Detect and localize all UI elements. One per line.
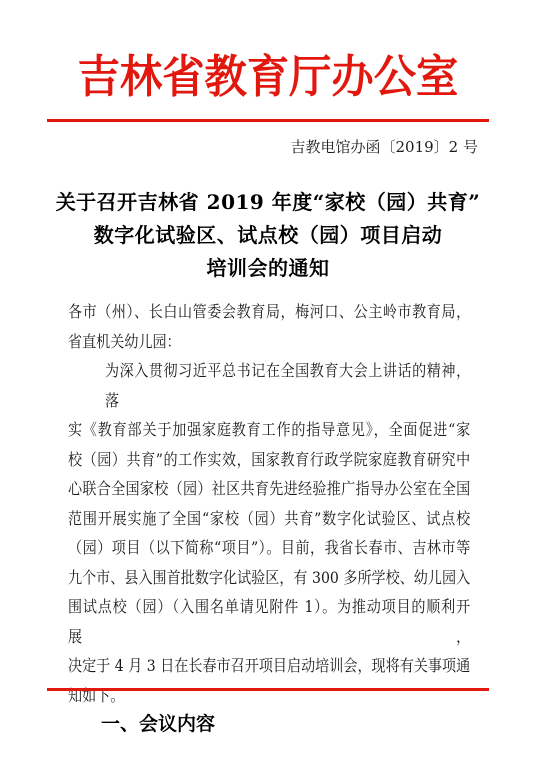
document-title: 关于召开吉林省 2019 年度“家校（园）共育” 数字化试验区、试点校（园）项目… [0, 186, 536, 285]
body-text-line: 省直机关幼儿园： [68, 327, 470, 357]
footer-separator-line [47, 688, 489, 691]
body-text-line: 围试点校（园）（入围名单请见附件 1）。为推动项目的顺利开展， [68, 592, 470, 651]
section-heading-meeting-content: 一、会议内容 [68, 710, 525, 740]
body-text-line: 各市（州）、长白山管委会教育局，梅河口、公主岭市教育局， [68, 297, 470, 327]
body-text-line: 范围开展实施了全国“家校（园）共育”数字化试验区、试点校 [68, 504, 470, 534]
body-text-line: 知如下。 [68, 681, 470, 711]
document-page: 吉林省教育厅办公室 吉教电馆办函〔2019〕2 号 关于召开吉林省 2019 年… [0, 0, 536, 758]
document-title-line-2: 数字化试验区、试点校（园）项目启动 [0, 219, 536, 252]
header-separator-line [47, 119, 489, 122]
body-text-line: （园）项目（以下简称“项目”）。目前，我省长春市、吉林市等 [68, 533, 470, 563]
document-body: 各市（州）、长白山管委会教育局，梅河口、公主岭市教育局， 省直机关幼儿园： 为深… [68, 297, 470, 740]
body-text-line: 校（园）共育”的工作实效，国家教育行政学院家庭教育研究中 [68, 445, 470, 475]
body-text-line: 心联合全国家校（园）社区共育先进经验推广指导办公室在全国 [68, 474, 470, 504]
body-text-line: 决定于 4 月 3 日在长春市召开项目启动培训会，现将有关事项通 [68, 651, 470, 681]
document-issuer-header: 吉林省教育厅办公室 [16, 52, 520, 102]
body-text-line: 为深入贯彻习近平总书记在全国教育大会上讲话的精神，落 [68, 356, 470, 415]
body-text-line: 实《教育部关于加强家庭教育工作的指导意见》，全面促进“家 [68, 415, 470, 445]
document-title-line-3: 培训会的通知 [0, 252, 536, 285]
body-text-line: 九个市、县入围首批数字化试验区，有 300 多所学校、幼儿园入 [68, 563, 470, 593]
document-title-line-1: 关于召开吉林省 2019 年度“家校（园）共育” [0, 186, 536, 219]
document-number: 吉教电馆办函〔2019〕2 号 [291, 138, 479, 156]
